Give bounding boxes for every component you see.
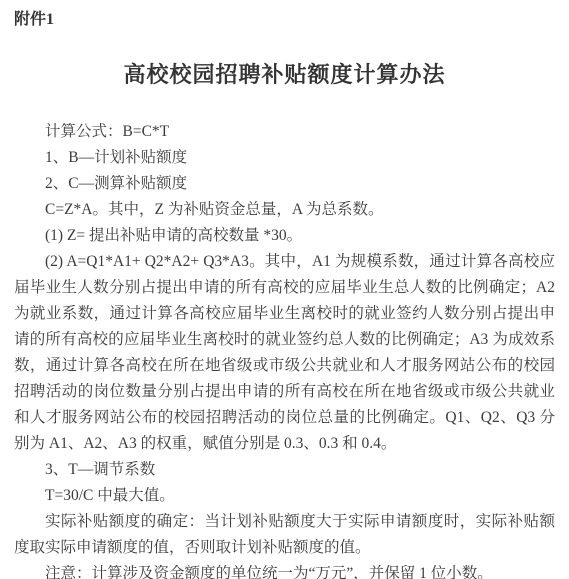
attachment-label: 附件1 — [14, 10, 555, 30]
paragraph-t-formula: T=30/C 中最大值。 — [14, 483, 555, 509]
document-page: 附件1 高校校园招聘补贴额度计算办法 计算公式：B=C*T 1、B—计划补贴额度… — [0, 0, 569, 579]
paragraph-sub-1-z: (1) Z= 提出补贴申请的高校数量 *30。 — [14, 223, 555, 249]
paragraph-item-3-t: 3、T—调节系数 — [14, 457, 555, 483]
paragraph-actual-amount: 实际补贴额度的确定：当计划补贴额度大于实际申请额度时，实际补贴额度取实际申请额度… — [14, 509, 555, 561]
document-body: 计算公式：B=C*T 1、B—计划补贴额度 2、C—测算补贴额度 C=Z*A。其… — [14, 119, 555, 579]
paragraph-item-2-c: 2、C—测算补贴额度 — [14, 171, 555, 197]
paragraph-sub-2-a: (2) A=Q1*A1+ Q2*A2+ Q3*A3。其中，A1 为规模系数，通过… — [14, 249, 555, 457]
paragraph-formula: 计算公式：B=C*T — [14, 119, 555, 145]
paragraph-c-formula: C=Z*A。其中，Z 为补贴资金总量，A 为总系数。 — [14, 197, 555, 223]
paragraph-item-1-b: 1、B—计划补贴额度 — [14, 145, 555, 171]
paragraph-note: 注意：计算涉及资金额度的单位统一为“万元”，并保留 1 位小数。 — [14, 561, 555, 579]
document-title: 高校校园招聘补贴额度计算办法 — [14, 58, 555, 89]
